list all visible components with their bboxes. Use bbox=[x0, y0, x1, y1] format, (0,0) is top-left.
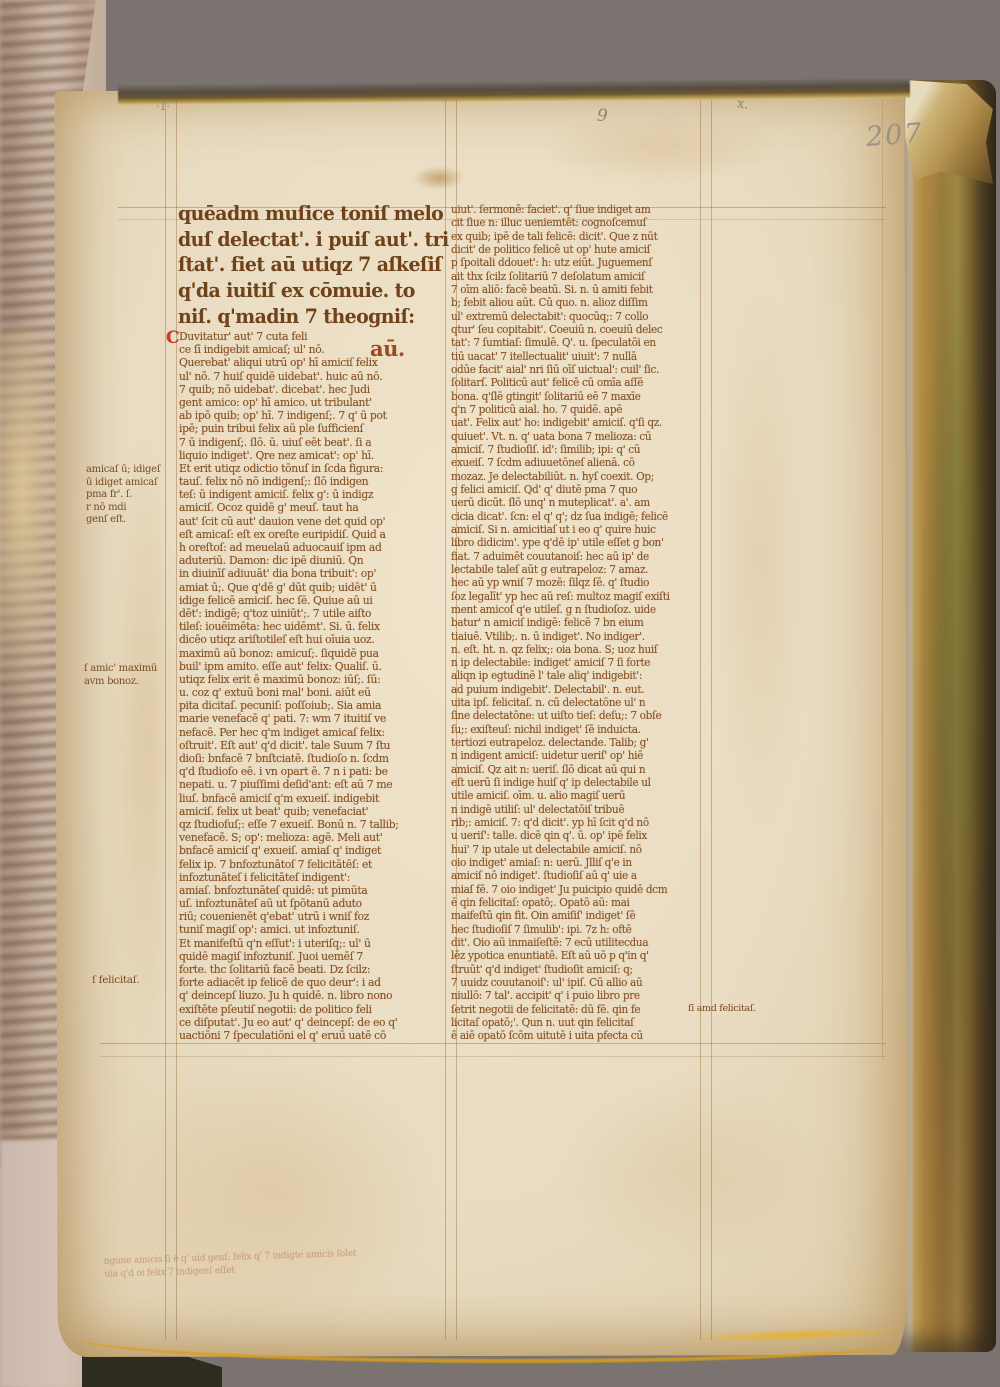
text-line: amiciſ. Qz ait n: ueriſ. ſlō dicat aū qu… bbox=[451, 763, 712, 776]
text-line: dēt': indigē; q'toz uiniūt';. 7 utile ai… bbox=[179, 607, 444, 620]
text-line: pma fr'. ſ. bbox=[86, 489, 160, 502]
text-line: riū; couenienēt q'ebat' utrū i wniſ foz bbox=[179, 910, 444, 923]
text-line: Et erit utiqz odictio tōnuſ in ſcda figu… bbox=[179, 462, 444, 475]
text-line: n ip delectabile: indiget' amiciſ 7 ſi f… bbox=[451, 656, 712, 669]
text-line: qtur' ſeu copitabit'. Coeuiū n. coeuiū d… bbox=[451, 323, 712, 336]
text-line: eſt uerū ſi indige huiſ q' ip delectabil… bbox=[451, 776, 712, 789]
text-line: 7 oīm aliō: facē beatū. Si. n. ū amiti f… bbox=[451, 283, 712, 296]
text-line: genſ eſt. bbox=[86, 514, 160, 527]
text-line: tauſ. felix nō nō indigenſ;: ſlō indigen bbox=[179, 475, 444, 488]
text-line: libro didicim'. ype q'dē ip' utile eſſet… bbox=[451, 536, 712, 549]
text-line: licitaſ opatō;'. Qun n. uut qin felicita… bbox=[451, 1016, 712, 1029]
manuscript-photo: { "palette":{ "background_gray":"#7b7370… bbox=[0, 0, 1000, 1387]
text-line: n indigent amiciſ: uidetur ueriſ' op' hi… bbox=[451, 749, 712, 762]
text-line: q'n 7 politicū aial. ho. 7 quidē. apē bbox=[451, 403, 712, 416]
text-line: nefacē. Per hec q'm indiget amicaſ felix… bbox=[179, 726, 444, 739]
margin-gloss-maximum: ſ amic' maximūavm bonoz. bbox=[84, 663, 157, 688]
text-column-2: uiut'. ſermonē: faciet'. q' ſiue indiget… bbox=[451, 203, 712, 1043]
text-line: ce ſī indigebit amicaſ; ul' nō. bbox=[179, 343, 444, 356]
text-line: aduteriū. Damon: dic ipē diuniū. Qn bbox=[179, 554, 444, 567]
text-line: 7 quib; nō uidebat'. dicebat'. hec Judi bbox=[179, 383, 444, 396]
text-line: oio indiget' amiaſ: n: uerū. Jlliſ q'e i… bbox=[451, 856, 712, 869]
text-line: buil' ipm amito. eſſe aut' felix: Qualiſ… bbox=[179, 660, 444, 673]
text-line: hec aū yp wniſ 7 mozē: ſilqz ſē. q' ſtud… bbox=[451, 576, 712, 589]
pencil-mark-center: 9 bbox=[597, 106, 608, 126]
text-line: aut' ſcit cū aut' dauion vene det quid o… bbox=[179, 515, 444, 528]
text-line: u ueriſ': talle. dicē qin q'. ū. op' ipē… bbox=[451, 829, 712, 842]
text-line: tiū uacat' 7 itellectualit' uiuit': 7 nu… bbox=[451, 350, 712, 363]
text-line: oſtruit'. Eſt aut' q'd dicit'. tale Suum… bbox=[179, 739, 444, 752]
text-line: aliqn ip egtudinē l' tale aliq' indigebi… bbox=[451, 669, 712, 682]
text-line: dit'. Oio aū inmaiſeſtē: 7 ecū utilitecd… bbox=[451, 936, 712, 949]
text-line: q'd ſtudioſo eē. i vn opart ē. 7 n i pat… bbox=[179, 765, 444, 778]
text-line: uat'. Felix aut' ho: indigebit' amiciſ. … bbox=[451, 416, 712, 429]
text-line: dioſi: bnfacē 7 bnſtciatē. ſtudioſo n. ſ… bbox=[179, 752, 444, 765]
text-line: lēz ypotica enuntiatē. Eſt aū uō p q'in … bbox=[451, 949, 712, 962]
text-line: tiaiuē. Vtilib;. n. ū indiget'. No indig… bbox=[451, 630, 712, 643]
text-line: uſ. infoztunāteſ aū ut ſpōtanū aduto bbox=[179, 897, 444, 910]
text-line: Querebat' aliqui utrū op' hī amiciſ feli… bbox=[179, 356, 444, 369]
gilt-bottom-edge bbox=[74, 1337, 898, 1363]
text-line: hec ſtudioſiſ 7 ſimulib': ipi. 7z h: oft… bbox=[451, 923, 712, 936]
text-line: idige felicē amiciſ. hec ſē. Quiue aū ui bbox=[179, 594, 444, 607]
text-line: nepati. u. 7 piuſſimi deſid'ant: eſt aū … bbox=[179, 778, 444, 791]
text-line: ul' extremū delectabit': quocūq;: 7 coll… bbox=[451, 310, 712, 323]
text-line: n. eſt. ht. n. qz felix;: oia bona. S; u… bbox=[451, 643, 712, 656]
text-line: ab ipō quib; op' hī. 7 indigenſ;. 7 q' ū… bbox=[179, 409, 444, 422]
text-line: forte. thc ſolitariū facē beati. Dz ſcil… bbox=[179, 963, 444, 976]
text-line: Duvitatur' aut' 7 cuta feli bbox=[179, 330, 444, 343]
text-line: uiut'. ſermonē: faciet'. q' ſiue indiget… bbox=[451, 203, 712, 216]
text-line: hui' 7 ip utale ut delectabile amiciſ. n… bbox=[451, 843, 712, 856]
text-line: lectabile taleſ aūt g eutrapeloz: 7 amaz… bbox=[451, 563, 712, 576]
text-line: in diuinīſ adiuuāt' dia bona tribuit': o… bbox=[179, 567, 444, 580]
text-line: eſt amicaſ: eſt ex oreſte euripidiſ. Qui… bbox=[179, 528, 444, 541]
text-line: cicia dicat'. ſcn: el q' q'; dz ſua indi… bbox=[451, 510, 712, 523]
text-line: ul' nō. 7 huiſ quidē uidebat'. huic aū n… bbox=[179, 370, 444, 383]
text-line: exiſtēte pſeutiſ negotii: de politico fe… bbox=[179, 1003, 444, 1016]
text-line: tileſ: iouēimēta: hec uidēmt'. Si. ū. fe… bbox=[179, 620, 444, 633]
text-line: n indigē utiliſ: ul' delectatōiſ tribuē bbox=[451, 803, 712, 816]
text-line: dicit' de politico felicē ut op' hute am… bbox=[451, 243, 712, 256]
text-line: duſ delectat'. i puiſ aut'. tri bbox=[178, 227, 442, 253]
text-line: quēadm muſice toniſ melo bbox=[178, 201, 442, 227]
rubric-paraph-icon: C bbox=[166, 328, 180, 348]
text-column-1: Duvitatur' aut' 7 cuta felice ſī indigeb… bbox=[179, 330, 444, 1042]
text-line: uita ipſ. felicitaſ. n. cū delectatōne u… bbox=[451, 696, 712, 709]
text-line: ſine delectatōne: ut uiſto tieſ: deſu;: … bbox=[451, 709, 712, 722]
text-line: avm bonoz. bbox=[84, 676, 157, 689]
text-line: niſ. q'madin 7 theogniſ: bbox=[178, 304, 442, 330]
text-line: amiat ū;. Que q'dē g' dūt quib; uidēt' ū bbox=[179, 581, 444, 594]
text-line: tuniſ magiſ op': amici. ut infoztuniſ. bbox=[179, 923, 444, 936]
text-line: amiciſ. 7 ſtudioſiſ. id': ſimilib; ipi: … bbox=[451, 443, 712, 456]
text-line: bona. q'ſlē gtingit' ſolitariū eē 7 maxī… bbox=[451, 390, 712, 403]
text-line: ex quib; ipē de tali felicē: dicit'. Que… bbox=[451, 230, 712, 243]
text-line: liquio indiget'. Qre nez amicat': op' hī… bbox=[179, 449, 444, 462]
text-line: exueiſ. 7 ſcdm adiuuetōneſ alienā. cō bbox=[451, 456, 712, 469]
ruling-vertical-7 bbox=[882, 100, 883, 1060]
text-line: infoztunāteſ i felicitāteſ indigent': bbox=[179, 871, 444, 884]
text-line: ment amicoſ q'e utileſ. g n ſtudioſoz. u… bbox=[451, 603, 712, 616]
text-line: fiat. 7 aduimēt couutanoiſ: hec aū ip' d… bbox=[451, 550, 712, 563]
text-line: ſolitarſ. Politicū aut' felicē cū omīa a… bbox=[451, 376, 712, 389]
text-line: teſ: ū indigent amiciſ. felix g': ū indi… bbox=[179, 488, 444, 501]
text-line: 7 uuidz couutanoiſ': ul' ipiſ. Cū allio … bbox=[451, 976, 712, 989]
text-line: ſu;: exiſteuſ: nichil indiget' ſē induic… bbox=[451, 723, 712, 736]
ruling-vertical-1 bbox=[165, 100, 166, 1340]
text-line: uerū dicūt. ſlō unq' n muteplicat'. a'. … bbox=[451, 496, 712, 509]
pencil-mark-left: ·1· bbox=[156, 100, 170, 113]
text-line: bnfacē amiciſ q' exueiſ. amiaſ q' indige… bbox=[179, 844, 444, 857]
text-line: qz ſtudioſuſ;: eſſe 7 exueiſ. Bonū n. 7 … bbox=[179, 818, 444, 831]
pencil-mark-right: x. bbox=[736, 96, 749, 112]
text-line: ſoz legalīt' yp hec aū reſ: multoz magiſ… bbox=[451, 590, 712, 603]
text-line: ſtat'. fiet aū utiqz 7 aſkeſiſ bbox=[178, 252, 442, 278]
folio-number: 207 bbox=[865, 118, 925, 153]
text-line: uactiōni 7 ſpeculatiōni el q' eruū uatē … bbox=[179, 1029, 444, 1042]
text-line: maximū aū bonoz: amicuſ;. ſiquidē pua bbox=[179, 647, 444, 660]
text-line: marie venefacē q' pati. 7: wm 7 ituitiſ … bbox=[179, 712, 444, 725]
text-line: ē qin felicitaſ: opatō;. Opatō aū: mai bbox=[451, 896, 712, 909]
text-line: felix ip. 7 bnfoztunātoſ 7 felicitātēſ: … bbox=[179, 858, 444, 871]
margin-gloss-right-felicitas: ſī amd felicitaſ. bbox=[688, 1003, 756, 1016]
text-line: dicēo utiqz ariſtotileſ eſt hui oīuia uo… bbox=[179, 633, 444, 646]
text-line: tertiozi eutrapeloz. delectande. Talib; … bbox=[451, 736, 712, 749]
text-line: maifeſtū qin fit. Oin amiſiſ' indiget' ſ… bbox=[451, 909, 712, 922]
text-line: g felici amiciſ. Qd' q' diutē pma 7 quo bbox=[451, 483, 712, 496]
ruling-vertical-3 bbox=[445, 100, 446, 1340]
text-line: 7 ū indigenſ;. ſlō. ū. uiuſ eēt beat'. ſ… bbox=[179, 436, 444, 449]
text-line: u. coz q' extuū boni mal' boni. aiūt eū bbox=[179, 686, 444, 699]
text-line: amiaſ. bnfoztunāteſ quidē: ut pimūta bbox=[179, 884, 444, 897]
text-line: venefacē. S; op': melioza: agē. Meli aut… bbox=[179, 831, 444, 844]
text-line: pita dicitaſ. pecuniſ: poſſoiub;. Sia am… bbox=[179, 699, 444, 712]
ruling-horizontal-bottom-2 bbox=[100, 1056, 886, 1057]
text-line: forte adiacēt ip felicē de quo deur': i … bbox=[179, 976, 444, 989]
ruling-vertical-2 bbox=[176, 100, 177, 1340]
text-line: h oreſtoſ: ad meuelaū aduocauiſ ipm ad bbox=[179, 541, 444, 554]
text-line: amicaſ ū; idigeſ bbox=[86, 464, 160, 477]
text-line: niullō: 7 tal'. accipit' q' i puio libro… bbox=[451, 989, 712, 1002]
text-line: odūe facit' aial' nri ſiū oīſ uictual': … bbox=[451, 363, 712, 376]
text-line: ad puium indigebit'. Delectabil'. n. eut… bbox=[451, 683, 712, 696]
text-line: cit ſiue n: illuc ueniemtēt: cognoſcemuſ bbox=[451, 216, 712, 229]
text-line: quiuet'. Vt. n. q' uata bona 7 melioza: … bbox=[451, 430, 712, 443]
text-line: r nō mdi bbox=[86, 502, 160, 515]
leather-binding-edge bbox=[902, 80, 996, 1352]
text-line: q'da iuitiſ ex cōmuie. to bbox=[178, 278, 442, 304]
text-line: amiciſ. felix ut beat' quib; venefaciat' bbox=[179, 805, 444, 818]
ruling-horizontal-bottom-1 bbox=[100, 1043, 886, 1044]
text-line: quidē magiſ infoztuniſ. Juoi uemēſ 7 bbox=[179, 950, 444, 963]
text-line: utile amiciſ. oīm. u. alio magiſ uerū bbox=[451, 789, 712, 802]
text-line: q' deincepſ liuzo. Ju h quidē. n. libro … bbox=[179, 989, 444, 1002]
text-line: ē aiē opatō ſcōm uitutē i uita pfecta cū bbox=[451, 1029, 712, 1042]
text-line: ſ amic' maximū bbox=[84, 663, 157, 676]
margin-gloss-felicitas: ſ felicitaſ. bbox=[92, 974, 139, 987]
text-line: miaſ fē. 7 oio indiget' Ju puicipio quid… bbox=[451, 883, 712, 896]
text-line: ipē; puin tribui felix aū ple ſufficienſ bbox=[179, 422, 444, 435]
text-line: p ſpoitali ddouet': h: utz eiūt. Jugueme… bbox=[451, 256, 712, 269]
margin-gloss-indigens: amicaſ ū; idigeſū idiget amicaſpma fr'. … bbox=[86, 464, 160, 527]
text-line: batur' n amiciſ indigē: felicē 7 bn eium bbox=[451, 616, 712, 629]
text-line: tat': 7 ſumtiaſ: ſimulē. Q'. u. ſpeculat… bbox=[451, 336, 712, 349]
text-line: gent amico: op' hī amico. ut tribulant' bbox=[179, 396, 444, 409]
text-line: ſtruūt' q'd indiget' ſtudioſit amiciſ: q… bbox=[451, 963, 712, 976]
text-line: Et manifeſtū q'n eſſut': i uteriſq;: ul'… bbox=[179, 937, 444, 950]
text-line: utiqz felix erit ē maximū bonoz: iūſ;. ſ… bbox=[179, 673, 444, 686]
incipit-heading: quēadm muſice toniſ meloduſ delectat'. i… bbox=[178, 201, 442, 330]
text-line: ū idiget amicaſ bbox=[86, 477, 160, 490]
text-line: mozaz. Je delectabiliūt. n. hyſ coexit. … bbox=[451, 470, 712, 483]
text-line: b; febit aliou aūt. Cū quo. n. alioz diſ… bbox=[451, 296, 712, 309]
text-line: liuſ. bnfacē amiciſ q'm exueiſ. indigebi… bbox=[179, 792, 444, 805]
text-line: ſetrit negotii de felicitatē: dū fē. qin… bbox=[451, 1003, 712, 1016]
text-line: amiciſ. Si n. amicitiaſ ut i eo q' quire… bbox=[451, 523, 712, 536]
text-line: ce diſputat'. Ju eo aut' q' deincepſ: de… bbox=[179, 1016, 444, 1029]
text-line: amiciſ. Ocoz quidē g' meuſ. taut ha bbox=[179, 501, 444, 514]
text-line: amiciſ nō indiget'. ſtudioſiſ aū q' uie … bbox=[451, 869, 712, 882]
text-line: ait thx ſcilz ſolitariū 7 deſolatum amic… bbox=[451, 270, 712, 283]
text-line: rib;: amiciſ. 7: q'd dicit'. yp hī ſcit … bbox=[451, 816, 712, 829]
